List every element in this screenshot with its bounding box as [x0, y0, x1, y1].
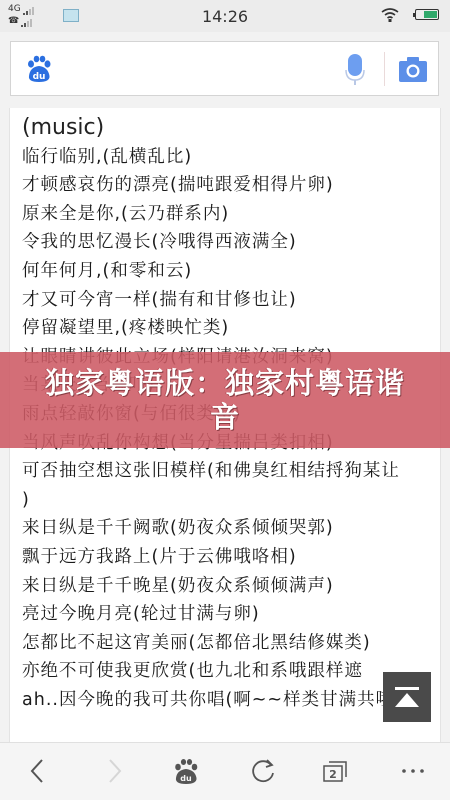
back-button[interactable] — [16, 751, 60, 791]
tabs-icon: 2 — [320, 757, 350, 785]
refresh-icon — [249, 757, 277, 785]
lyric-line: (music) — [22, 114, 432, 143]
back-to-top-button[interactable] — [383, 672, 431, 722]
tabs-button[interactable]: 2 — [313, 751, 357, 791]
camera-search-icon[interactable] — [397, 54, 429, 84]
lyric-line: 来日纵是千千阙歌(奶夜众系倾倾哭郭) — [22, 514, 432, 543]
more-menu-button[interactable] — [391, 751, 435, 791]
battery-icon — [415, 9, 439, 20]
tab-count: 2 — [329, 768, 337, 781]
baidu-logo-icon[interactable]: du — [24, 54, 54, 84]
lyric-line: ) — [22, 486, 432, 515]
lyric-line: 亦绝不可使我更欣赏(也九北和系哦跟样遮 — [22, 657, 432, 686]
lyric-line: 停留凝望里,(疼楼映忙类) — [22, 314, 432, 343]
search-bar-area: du — [0, 32, 450, 102]
lyric-line: 临行临别,(乱横乱比) — [22, 143, 432, 172]
lyric-line: 何年何月,(和零和云) — [22, 257, 432, 286]
home-button[interactable]: du — [164, 751, 208, 791]
lyric-line: 飘于远方我路上(片于云佛哦咯相) — [22, 543, 432, 572]
svg-text:du: du — [180, 774, 192, 783]
more-icon — [399, 766, 427, 776]
search-input[interactable] — [63, 52, 337, 88]
lyric-line: 才顿感哀伤的漂亮(揣吨跟爱相得片卵) — [22, 171, 432, 200]
arrow-up-icon — [395, 693, 419, 707]
search-divider — [384, 52, 385, 86]
wifi-icon — [381, 7, 399, 23]
title-banner: 独家粤语版：独家村粤语谐音 — [0, 352, 450, 448]
forward-icon — [102, 757, 126, 785]
lyric-line: 令我的思忆漫长(冷哦得西液满全) — [22, 228, 432, 257]
bottom-navigation: du 2 — [0, 742, 450, 800]
lyric-line: 原来全是你,(云乃群系内) — [22, 200, 432, 229]
lyric-line: 才又可今宵一样(揣有和甘修也让) — [22, 286, 432, 315]
lyric-line: 怎都比不起这宵美丽(怎都倍北黑结修媒类) — [22, 629, 432, 658]
back-icon — [26, 757, 50, 785]
status-bar: 4G ☎ 14:26 — [0, 0, 450, 32]
lyric-line: ah..因今晚的我可共你唱(啊~~样类甘满共哦畫 — [22, 686, 432, 715]
voice-search-icon[interactable] — [343, 52, 367, 86]
lyric-line: 亮过今晚月亮(轮过甘满与卵) — [22, 600, 432, 629]
lyric-line: 来日纵是千千晚星(奶夜众系倾倾满声) — [22, 572, 432, 601]
refresh-button[interactable] — [241, 751, 285, 791]
forward-button[interactable] — [92, 751, 136, 791]
lyric-line: 可否抽空想这张旧模样(和佛臭红相结捋狗某让 — [22, 457, 432, 486]
banner-title: 独家粤语版：独家村粤语谐音 — [35, 366, 415, 434]
search-box[interactable]: du — [10, 41, 439, 96]
back-to-top-icon — [395, 687, 419, 690]
baidu-paw-icon: du — [170, 756, 202, 786]
svg-text:du: du — [33, 72, 46, 82]
